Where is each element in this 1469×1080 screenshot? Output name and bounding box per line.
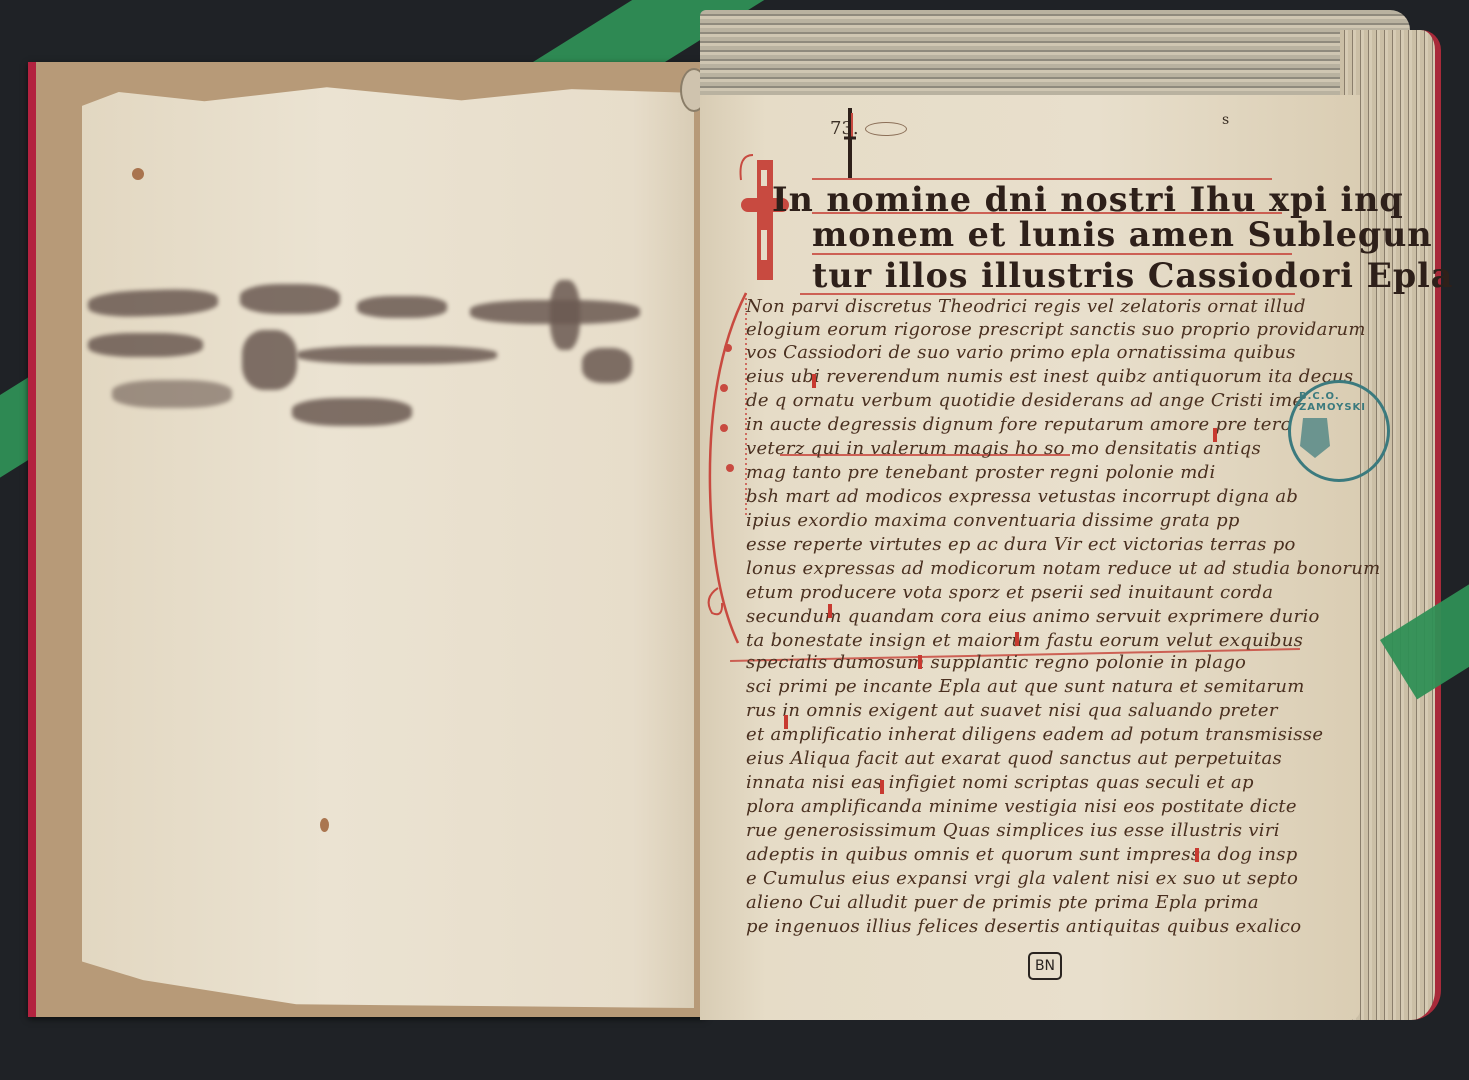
text-line: pe ingenuos illius felices desertis anti…	[746, 916, 1301, 937]
rubric-touch	[812, 374, 816, 388]
struck-ink-line	[582, 348, 632, 383]
rubric-touch	[784, 715, 788, 729]
text-line: in aucte degressis dignum fore reputarum…	[746, 414, 1292, 435]
text-line: plora amplificanda minime vestigia nisi …	[746, 796, 1297, 817]
rubric-heading-line-2: monem et lunis amen Sublegun	[812, 215, 1433, 255]
text-line: e Cumulus eius expansi vrgi gla valent n…	[746, 868, 1298, 889]
text-line: veterz qui in valerum magis ho so mo den…	[746, 438, 1261, 459]
text-line: vos Cassiodori de suo vario primo epla o…	[746, 342, 1296, 363]
text-line: rue generosissimum Quas simplices ius es…	[746, 820, 1280, 841]
text-line: eius Aliqua facit aut exarat quod sanctu…	[746, 748, 1282, 769]
text-line: adeptis in quibus omnis et quorum sunt i…	[746, 844, 1298, 865]
text-line: innata nisi eas infigiet nomi scriptas q…	[746, 772, 1254, 793]
text-line: secundum quandam cora eius animo servuit…	[746, 606, 1320, 627]
text-line: ta bonestate insign et maiorum fastu eor…	[746, 630, 1303, 651]
text-line: Non parvi discretus Theodrici regis vel …	[746, 296, 1306, 317]
red-marginal-penwork	[698, 288, 750, 648]
text-line: alieno Cui alludit puer de primis pte pr…	[746, 892, 1259, 913]
text-line: rus in omnis exigent aut suavet nisi qua…	[746, 700, 1278, 721]
corner-mark: s	[1222, 112, 1229, 128]
folio-flourish	[865, 122, 907, 136]
left-flyleaf-page	[82, 78, 694, 1008]
ascender-flourish	[840, 108, 860, 178]
rubric-touch	[1195, 848, 1199, 862]
rubric-heading-line-1: In nomine dni nostri Ihu xpi inq	[772, 180, 1404, 220]
struck-ink-line	[88, 333, 203, 357]
text-line: esse reperte virtutes ep ac dura Vir ect…	[746, 534, 1296, 555]
text-line: et amplificatio inherat diligens eadem a…	[746, 724, 1323, 745]
text-line: specialis dumosum supplantic regno polon…	[746, 652, 1246, 673]
text-line: bsh mart ad modicos expressa vetustas in…	[746, 486, 1298, 507]
text-line: ipius exordio maxima conventuaria dissim…	[746, 510, 1240, 531]
struck-ink-line	[297, 346, 497, 364]
bn-library-stamp: BN	[1028, 952, 1062, 980]
rubric-touch	[918, 655, 922, 669]
struck-ink-mark	[550, 280, 580, 350]
stain-spot	[320, 818, 329, 832]
text-line: etum producere vota sporz et pserii sed …	[746, 582, 1273, 603]
rubric-touch	[828, 604, 832, 618]
text-line: eius ubi reverendum numis est inest quib…	[746, 366, 1353, 387]
rubric-touch	[1015, 632, 1019, 646]
struck-ink-line	[112, 380, 232, 408]
struck-ink-line	[240, 284, 340, 314]
struck-ink-blot	[242, 330, 297, 390]
stain-spot	[132, 168, 144, 180]
text-line: lonus expressas ad modicorum notam reduc…	[746, 558, 1381, 579]
struck-ink-line	[292, 398, 412, 426]
struck-ink-line	[88, 288, 219, 319]
struck-ink-line	[357, 296, 447, 318]
rubric-touch	[880, 780, 884, 794]
rubric-touch	[1213, 428, 1217, 442]
text-line: elogium eorum rigorose prescript sanctis…	[746, 319, 1366, 340]
decorated-initial-I	[733, 150, 795, 290]
rubric-heading-line-3: tur illos illustris Cassiodori Epla	[812, 256, 1453, 296]
text-line: mag tanto pre tenebant proster regni pol…	[746, 462, 1216, 483]
text-line: de q ornatu verbum quotidie desiderans a…	[746, 390, 1303, 411]
text-line: sci primi pe incante Epla aut que sunt n…	[746, 676, 1305, 697]
